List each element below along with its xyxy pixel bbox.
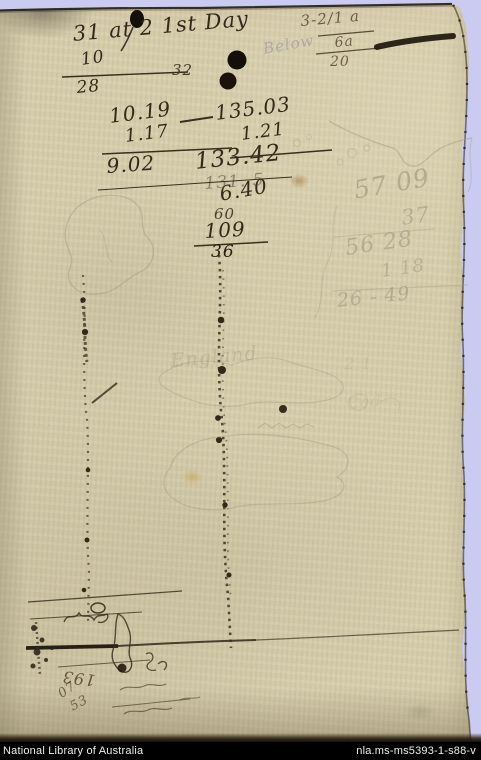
hw-corner-line2: 6a [334, 34, 354, 50]
library-name-label: National Library of Australia [3, 745, 143, 757]
hw-pencil-faint-cad: Cad [346, 393, 382, 412]
hw-sum-9-02: 9.02 [106, 153, 156, 176]
institution-caption-bar: National Library of Australia nla.ms-ms5… [0, 742, 481, 760]
hw-pencil-faint-21: 2 1 [344, 356, 372, 372]
hw-num-28: 28 [76, 78, 101, 97]
catalog-id-label: nla.ms-ms5393-1-s88-v [356, 745, 476, 757]
hw-num-10: 10 [80, 49, 106, 69]
hw-sum-109: 109 [204, 219, 246, 241]
hw-sum-36: 36 [211, 244, 235, 261]
manuscript-scan-page: 31 at 2 1st Day 10 28 32 10.19 135.03 1.… [0, 0, 481, 760]
paper-bottom-shadow [0, 733, 481, 742]
hw-num-32: 32 [172, 63, 193, 78]
hw-corner-line3: 20 [330, 55, 350, 69]
hw-pencil-37: 37 [400, 204, 431, 229]
